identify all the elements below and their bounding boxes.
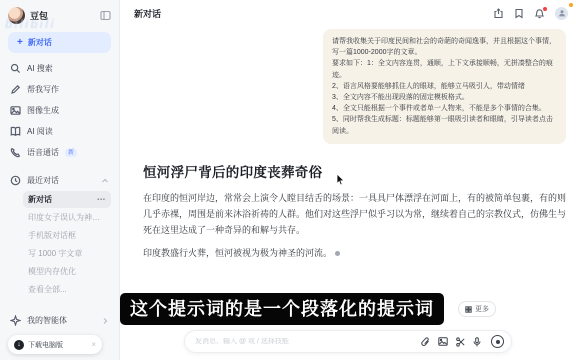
sidebar-item-label: 帮我写作	[27, 84, 59, 95]
ai-paragraph: 在印度的恒河岸边，常常会上演令人瞠目结舌的场景：一具具尸体漂浮在河面上，有的被简…	[143, 190, 566, 239]
pen-icon	[10, 84, 21, 95]
sidebar-item-label: 语音通话	[27, 147, 59, 158]
app-title: 豆包	[30, 9, 48, 22]
message-composer[interactable]	[184, 330, 512, 353]
scissors-icon[interactable]	[456, 337, 465, 347]
main-panel: 新对话 请帮我收集关于印度民间和社会的奇葩的奇闻逸事，并且根据这个事情，写一篇1…	[120, 0, 576, 360]
view-all-link[interactable]: 查看全部...	[23, 281, 111, 298]
notification-dot	[543, 7, 547, 11]
chat-title: 新对话	[134, 7, 161, 20]
header-icons	[493, 7, 568, 20]
sidebar-item-label: 图像生成	[27, 105, 59, 116]
share-icon[interactable]	[493, 8, 504, 19]
recent-chat-item[interactable]: 写 1000 字文章	[23, 245, 111, 262]
chat-header: 新对话	[120, 0, 576, 26]
recent-chats-label: 最近对话	[27, 175, 59, 186]
sidebar-item-my-agents[interactable]: 我的智能体	[8, 310, 111, 331]
plus-icon: +	[17, 40, 23, 46]
ai-paragraph: 印度教盛行火葬，恒河被视为极为神圣的河流。	[143, 245, 566, 261]
user-avatar[interactable]	[555, 7, 568, 20]
sidebar-item-voice-call[interactable]: 语音通话 新	[8, 142, 111, 163]
sidebar-item-label: AI 阅读	[27, 126, 53, 137]
download-icon: ↓	[14, 340, 24, 350]
voice-mode-button[interactable]	[491, 335, 504, 348]
user-message-bubble: 请帮我收集关于印度民间和社会的奇葩的奇闻逸事，并且根据这个事情，写一篇1000-…	[323, 29, 566, 144]
sidebar-item-label: AI 搜索	[27, 63, 53, 74]
sidebar-item-ai-search[interactable]: AI 搜索	[8, 58, 111, 79]
message-input[interactable]	[195, 338, 421, 345]
clock-icon	[10, 175, 21, 186]
collapse-sidebar-icon[interactable]	[100, 10, 111, 21]
new-chat-label: 新对话	[28, 37, 52, 48]
download-label: 下载电脑版	[28, 340, 63, 350]
sidebar-item-ai-reading[interactable]: AI 阅读	[8, 121, 111, 142]
search-icon	[10, 63, 21, 74]
image-upload-icon[interactable]	[438, 337, 448, 346]
streaming-cursor	[335, 251, 340, 256]
recent-chat-item[interactable]: 印度女子误认为神被咬身亡之谜	[23, 209, 111, 226]
new-chat-button[interactable]: + 新对话	[8, 32, 111, 53]
recent-chat-item-active[interactable]: 新对话 ⋯	[23, 191, 111, 208]
microphone-icon[interactable]	[473, 337, 481, 347]
chat-scroll-area[interactable]: 请帮我收集关于印度民间和社会的奇葩的奇闻逸事，并且根据这个事情，写一篇1000-…	[120, 26, 576, 261]
item-menu-icon[interactable]: ⋯	[97, 195, 106, 204]
recent-chats-list: 新对话 ⋯ 印度女子误认为神被咬身亡之谜 手机版对话框 写 1000 字文章 模…	[8, 191, 111, 298]
sidebar-item-writing[interactable]: 帮我写作	[8, 79, 111, 100]
sidebar: 豆包 bilibili + 新对话 AI 搜索 帮我写作 图像生成 AI 阅读	[0, 0, 120, 360]
video-subtitle-overlay: 这个提示词的是一个段落化的提示词	[120, 293, 444, 325]
composer-icons	[421, 335, 504, 348]
download-desktop-button[interactable]: ↓ 下载电脑版 ×	[8, 335, 102, 354]
brand-row: 豆包	[8, 7, 111, 32]
recent-chat-item[interactable]: 手机版对话框	[23, 227, 111, 244]
recent-chat-label: 新对话	[28, 194, 52, 205]
phone-icon	[10, 147, 21, 158]
flag-icon[interactable]	[514, 8, 524, 19]
recent-chat-item[interactable]: 模型内存优化	[23, 263, 111, 280]
status-dot	[569, 3, 573, 7]
grid-icon	[465, 306, 472, 313]
chevron-up-icon[interactable]	[101, 177, 109, 185]
sidebar-item-image-gen[interactable]: 图像生成	[8, 100, 111, 121]
image-icon	[10, 105, 21, 116]
paperclip-icon[interactable]	[421, 337, 430, 347]
close-icon[interactable]: ×	[91, 340, 96, 349]
recent-chats-header[interactable]: 最近对话	[8, 170, 111, 191]
notifications-button[interactable]	[534, 8, 545, 19]
my-agents-label: 我的智能体	[27, 315, 67, 326]
new-feature-badge: 新	[65, 149, 77, 157]
ai-article-title: 恒河浮尸背后的印度丧葬奇俗	[143, 161, 566, 181]
more-label: 更多	[475, 304, 489, 314]
chevron-right-icon	[101, 317, 109, 325]
doubao-app: 豆包 bilibili + 新对话 AI 搜索 帮我写作 图像生成 AI 阅读	[0, 0, 576, 360]
sparkle-icon	[10, 315, 21, 326]
doubao-avatar	[8, 7, 25, 24]
more-button[interactable]: 更多	[458, 301, 496, 317]
person-icon	[558, 9, 566, 17]
book-icon	[10, 126, 21, 137]
